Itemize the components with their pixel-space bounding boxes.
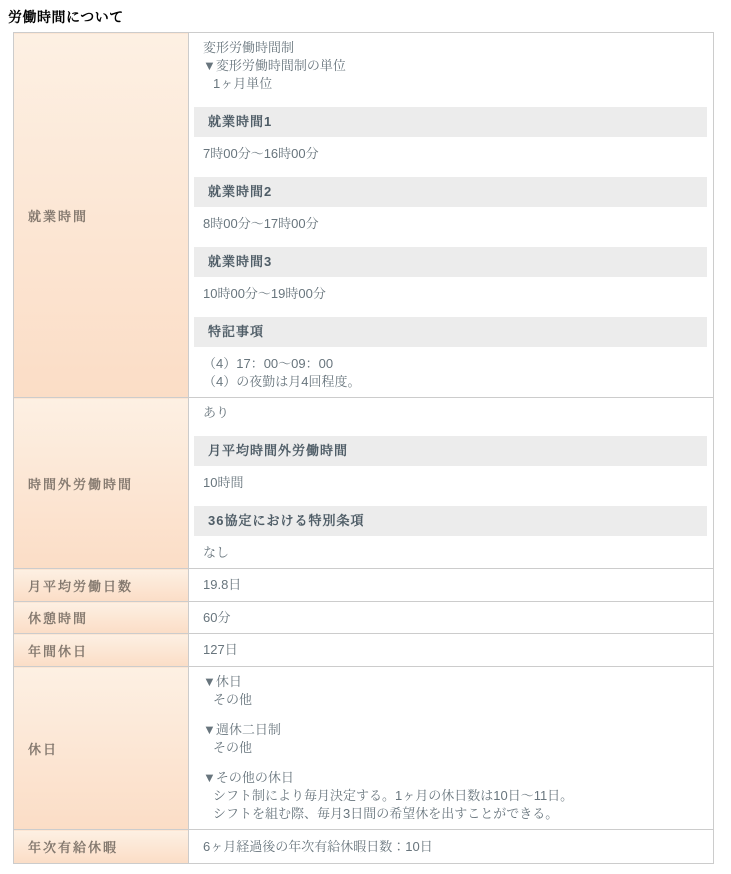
section-subheader: 36協定における特別条項: [194, 506, 707, 536]
section-subheader: 就業時間2: [194, 177, 707, 207]
row-label: 月平均労働日数: [14, 569, 189, 602]
section-subheader: 就業時間1: [194, 107, 707, 137]
row-label: 年次有給休暇: [14, 830, 189, 864]
indented-line: シフトを組む際、毎月3日間の希望休を出すことができる。: [189, 805, 707, 823]
arrow-line: ▼変形労働時間制の単位: [189, 57, 707, 75]
text-line: 変形労働時間制: [189, 39, 707, 57]
value-line: （4）17：00～09：00: [189, 355, 707, 373]
table-row-jikangai: 時間外労働時間 あり 月平均時間外労働時間 10時間 36協定における特別条項 …: [14, 398, 714, 569]
table-row-nenkan-kyujitsu: 年間休日 127日: [14, 634, 714, 667]
text-line: あり: [189, 404, 707, 422]
section-subheader: 月平均時間外労働時間: [194, 436, 707, 466]
working-hours-table: 就業時間 変形労働時間制 ▼変形労働時間制の単位 1ヶ月単位 就業時間1 7時0…: [13, 32, 714, 864]
row-value-cell: 60分: [189, 602, 714, 634]
page-title: 労働時間について: [8, 7, 723, 27]
table-row-kyujitsu: 休日 ▼休日 その他 ▼週休二日制 その他 ▼その他の休日 シフト制により毎月決…: [14, 667, 714, 830]
section-subheader: 就業時間3: [194, 247, 707, 277]
working-hours-page: 労働時間について 就業時間 変形労働時間制 ▼変形労働時間制の単位 1ヶ月単位 …: [8, 7, 723, 864]
value-line: 127日: [189, 641, 707, 659]
row-label: 休憩時間: [14, 602, 189, 634]
indented-line: シフト制により毎月決定する。1ヶ月の休日数は10日～11日。: [189, 787, 707, 805]
table-row-kyukei: 休憩時間 60分: [14, 602, 714, 634]
value-line: 19.8日: [189, 576, 707, 594]
row-label: 就業時間: [14, 33, 189, 398]
row-value-cell: 変形労働時間制 ▼変形労働時間制の単位 1ヶ月単位 就業時間1 7時00分～16…: [189, 33, 714, 398]
value-line: なし: [189, 544, 707, 562]
row-value-cell: 19.8日: [189, 569, 714, 602]
text-line: （4）の夜勤は月4回程度。: [189, 373, 707, 391]
row-label: 年間休日: [14, 634, 189, 667]
table-row-shugyo-jikan: 就業時間 変形労働時間制 ▼変形労働時間制の単位 1ヶ月単位 就業時間1 7時0…: [14, 33, 714, 398]
value-line: 7時00分～16時00分: [189, 145, 707, 163]
arrow-line: ▼週休二日制: [189, 721, 707, 739]
row-value-cell: 6ヶ月経過後の年次有給休暇日数：10日: [189, 830, 714, 864]
indented-line: 1ヶ月単位: [189, 75, 707, 93]
row-label: 時間外労働時間: [14, 398, 189, 569]
value-line: 60分: [189, 609, 707, 627]
value-line: 6ヶ月経過後の年次有給休暇日数：10日: [189, 838, 707, 856]
row-label: 休日: [14, 667, 189, 830]
section-subheader: 特記事項: [194, 317, 707, 347]
row-value-cell: あり 月平均時間外労働時間 10時間 36協定における特別条項 なし: [189, 398, 714, 569]
row-value-cell: ▼休日 その他 ▼週休二日制 その他 ▼その他の休日 シフト制により毎月決定する…: [189, 667, 714, 830]
row-value-cell: 127日: [189, 634, 714, 667]
value-line: 10時間: [189, 474, 707, 492]
arrow-line: ▼その他の休日: [189, 769, 707, 787]
table-row-rodo-nissu: 月平均労働日数 19.8日: [14, 569, 714, 602]
indented-line: その他: [189, 739, 707, 757]
value-line: 8時00分～17時00分: [189, 215, 707, 233]
arrow-line: ▼休日: [189, 673, 707, 691]
value-line: 10時00分～19時00分: [189, 285, 707, 303]
indented-line: その他: [189, 691, 707, 709]
